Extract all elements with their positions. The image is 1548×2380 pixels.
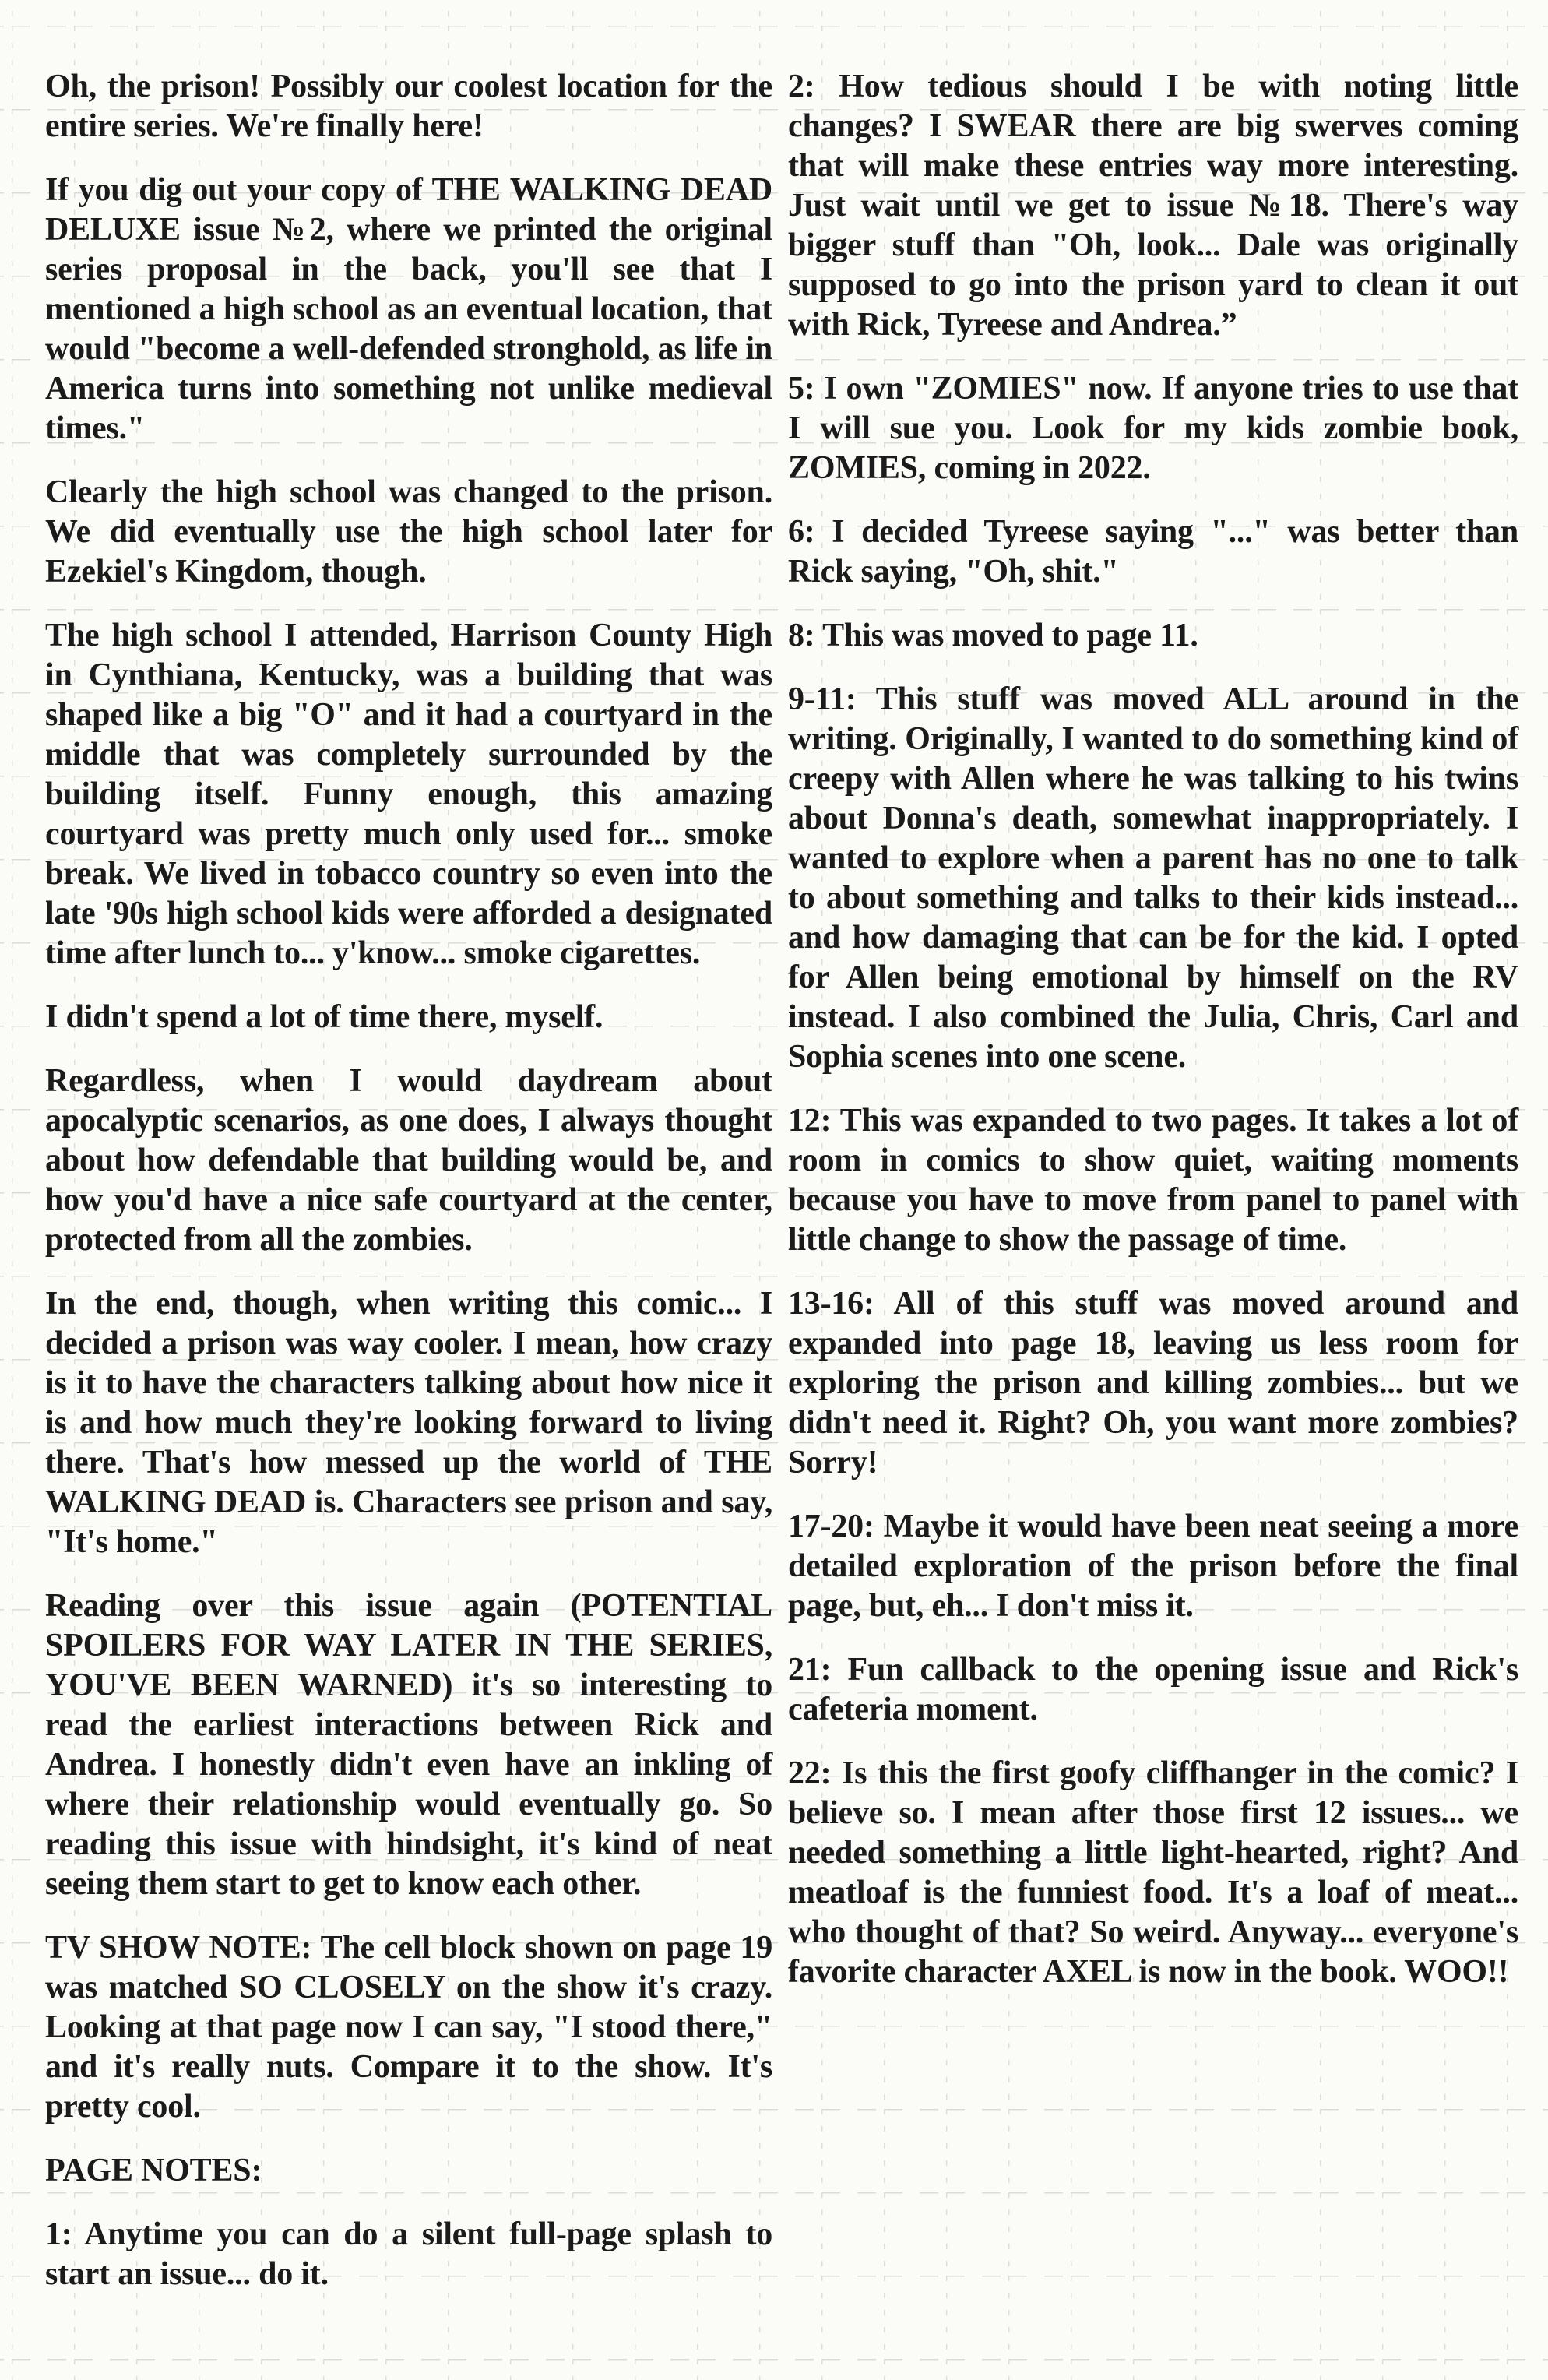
para-reading-over-issue: Reading over this issue again (POTENTIAL… — [45, 1586, 772, 1904]
para-tv-show-note: TV SHOW NOTE: The cell block shown on pa… — [45, 1928, 772, 2127]
heading-page-notes: PAGE NOTES: — [45, 2151, 772, 2191]
para-didnt-spend-time: I didn't spend a lot of time there, myse… — [45, 998, 772, 1037]
right-column: 2: How tedious should I be with noting l… — [788, 67, 1518, 2016]
para-series-proposal: If you dig out your copy of THE WALKING … — [45, 171, 772, 449]
note-8: 8: This was moved to page 11. — [788, 616, 1518, 656]
note-12: 12: This was expanded to two pages. It t… — [788, 1101, 1518, 1260]
note-9-11: 9-11: This stuff was moved ALL around in… — [788, 680, 1518, 1077]
note-1: 1: Anytime you can do a silent full-page… — [45, 2215, 772, 2294]
note-6: 6: I decided Tyreese saying "..." was be… — [788, 512, 1518, 592]
note-13-16: 13-16: All of this stuff was moved aroun… — [788, 1284, 1518, 1483]
para-daydream: Regardless, when I would daydream about … — [45, 1061, 772, 1260]
note-17-20: 17-20: Maybe it would have been neat see… — [788, 1507, 1518, 1626]
para-high-school-changed: Clearly the high school was changed to t… — [45, 473, 772, 592]
note-5: 5: I own "ZOMIES" now. If anyone tries t… — [788, 369, 1518, 488]
para-prison-intro: Oh, the prison! Possibly our coolest loc… — [45, 67, 772, 146]
note-22: 22: Is this the first goofy cliffhanger … — [788, 1754, 1518, 1992]
left-column: Oh, the prison! Possibly our coolest loc… — [45, 67, 772, 2318]
para-harrison-county: The high school I attended, Harrison Cou… — [45, 616, 772, 973]
note-2: 2: How tedious should I be with noting l… — [788, 67, 1518, 345]
note-21: 21: Fun callback to the opening issue an… — [788, 1650, 1518, 1730]
para-prison-cooler: In the end, though, when writing this co… — [45, 1284, 772, 1562]
